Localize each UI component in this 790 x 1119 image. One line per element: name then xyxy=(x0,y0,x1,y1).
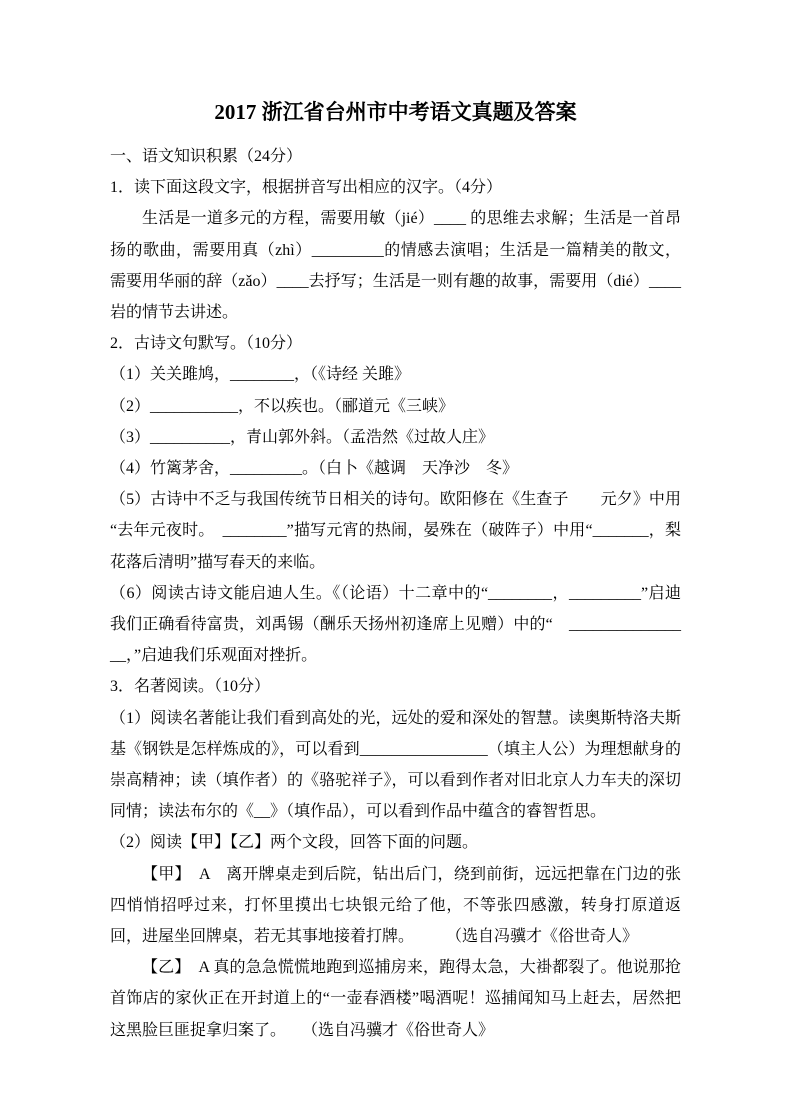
q3-item-2: （2）阅读【甲】【乙】两个文段，回答下面的问题。 xyxy=(110,827,681,858)
exam-document-page: 2017 浙江省台州市中考语文真题及答案 一、语文知识积累（24分） 1．读下面… xyxy=(0,0,790,1119)
q3-heading: 3．名著阅读。（10分） xyxy=(110,671,681,702)
section-heading-accumulation: 一、语文知识积累（24分） xyxy=(110,141,681,172)
q2-heading: 2．古诗文句默写。（10分） xyxy=(110,328,681,359)
q2-item-5: （5）古诗中不乏与我国传统节日相关的诗句。欧阳修在《生查子 元夕》中用“去年元夜… xyxy=(110,484,681,578)
q2-item-6: （6）阅读古诗文能启迪人生。《（论语）十二章中的“________，______… xyxy=(110,578,681,672)
page-title: 2017 浙江省台州市中考语文真题及答案 xyxy=(110,96,681,128)
q3-passage-jia: 【甲】 A 离开牌桌走到后院，钻出后门，绕到前街，远远把靠在门边的张四悄悄招呼过… xyxy=(110,859,681,953)
q3-passage-yi: 【乙】 A 真的急急慌慌地跑到巡捕房来，跑得太急，大褂都裂了。他说那抢首饰店的家… xyxy=(110,952,681,1046)
q1-pinyin-passage: 生活是一道多元的方程，需要用敏（jié）____ 的思维去求解；生活是一首昂扬的… xyxy=(110,203,681,328)
q3-item-1: （1）阅读名著能让我们看到高处的光，远处的爱和深处的智慧。读奥斯特洛夫斯基《钢铁… xyxy=(110,703,681,828)
q2-item-1: （1）关关雎鸠，________，（《诗经 关雎》 xyxy=(110,359,681,390)
q2-item-3: （3）__________，青山郭外斜。（孟浩然《过故人庄》 xyxy=(110,422,681,453)
q2-item-4: （4）竹篱茅舍，_________。（白卜《越调 天净沙 冬》 xyxy=(110,453,681,484)
q1-heading: 1．读下面这段文字，根据拼音写出相应的汉字。（4分） xyxy=(110,172,681,203)
q2-item-2: （2）___________，不以疾也。（郦道元《三峡》 xyxy=(110,391,681,422)
